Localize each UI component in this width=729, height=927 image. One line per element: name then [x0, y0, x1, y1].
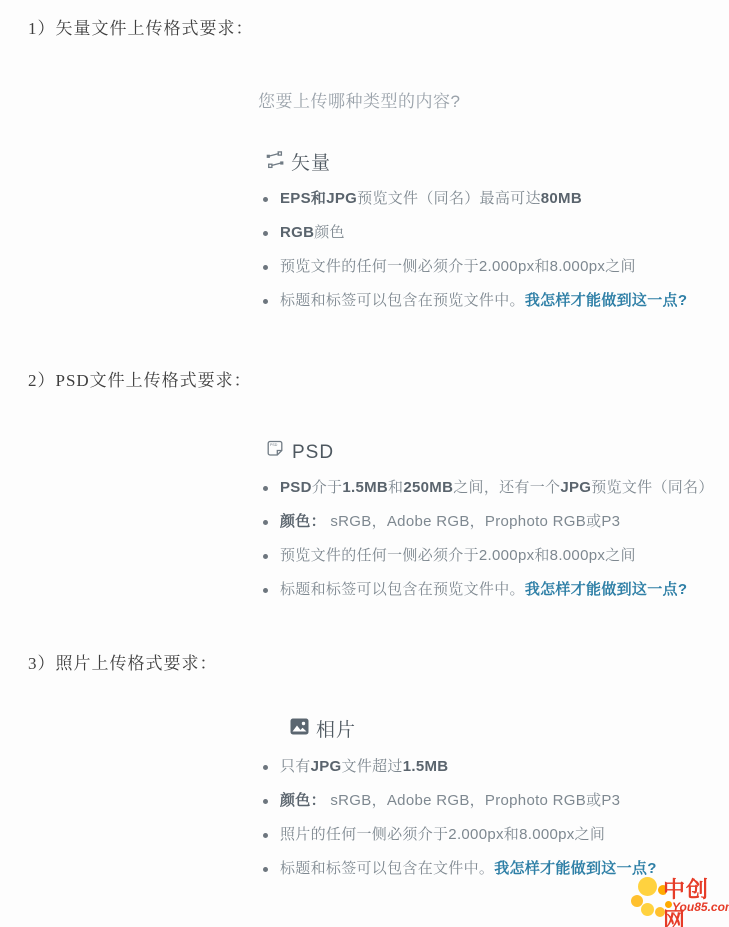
section-3-content: 相片 只有JPG文件超过1.5MB颜色： sRGB，Adobe RGB，Prop… [258, 717, 729, 879]
requirement-item: RGB颜色 [263, 223, 729, 243]
vector-card-title: 矢量 [291, 150, 331, 175]
plain-text: 文件超过 [342, 758, 403, 775]
emphasis-text: 颜色： [280, 513, 326, 530]
bullet-dot [263, 554, 268, 559]
requirement-text: 标题和标签可以包含在文件中。我怎样才能做到这一点? [280, 859, 657, 879]
requirement-item: 预览文件的任何一侧必须介于2.000px和8.000px之间 [263, 546, 729, 566]
page: { "colors": { "link": "#2e7fa6", "text":… [0, 0, 729, 927]
emphasis-text: 1.5MB [403, 758, 449, 775]
requirement-text: 预览文件的任何一侧必须介于2.000px和8.000px之间 [280, 257, 636, 277]
emphasis-text: JPG [560, 479, 591, 496]
plain-text: 预览文件（同名） [591, 479, 713, 496]
site-watermark-logo: 中创网 You85.com [630, 873, 726, 925]
photo-icon [290, 718, 309, 740]
bullet-dot [263, 265, 268, 270]
plain-text: 预览文件的任何一侧必须介于2.000px和8.000px之间 [280, 258, 636, 275]
requirement-text: 标题和标签可以包含在预览文件中。我怎样才能做到这一点? [280, 291, 687, 311]
requirement-text: RGB颜色 [280, 223, 345, 243]
plain-text: 预览文件（同名）最高可达 [357, 190, 541, 207]
plain-text: 照片的任何一侧必须介于2.000px和8.000px之间 [280, 826, 605, 843]
emphasis-text: EPS和JPG [280, 190, 357, 207]
emphasis-text: 80MB [541, 190, 582, 207]
photo-requirements-list: 只有JPG文件超过1.5MB颜色： sRGB，Adobe RGB，Prophot… [258, 757, 729, 879]
requirement-text: PSD介于1.5MB和250MB之间，还有一个JPG预览文件（同名） [280, 478, 714, 498]
plain-text: 标题和标签可以包含在预览文件中。 [280, 292, 525, 309]
how-to-help-link[interactable]: 我怎样才能做到这一点? [525, 292, 687, 309]
emphasis-text: 1.5MB [342, 479, 388, 496]
requirement-item: 预览文件的任何一侧必须介于2.000px和8.000px之间 [263, 257, 729, 277]
upload-type-question: 您要上传哪种类型的内容? [258, 87, 729, 112]
bullet-dot [263, 588, 268, 593]
section-1-heading: 1）矢量文件上传格式要求： [28, 0, 729, 39]
vector-requirements-list: EPS和JPG预览文件（同名）最高可达80MBRGB颜色预览文件的任何一侧必须介… [258, 189, 729, 311]
requirement-text: 预览文件的任何一侧必须介于2.000px和8.000px之间 [280, 546, 636, 566]
plain-text: 之间，还有一个 [453, 479, 560, 496]
requirement-item: EPS和JPG预览文件（同名）最高可达80MB [263, 189, 729, 209]
bullet-dot [263, 867, 268, 872]
requirement-text: 颜色： sRGB，Adobe RGB，Prophoto RGB或P3 [280, 791, 620, 811]
section-photo: 3）照片上传格式要求： 相片 只有JPG文件超过1.5MB颜色： sRGB，Ad… [0, 649, 729, 879]
emphasis-text: PSD [280, 479, 312, 496]
requirement-item: 颜色： sRGB，Adobe RGB，Prophoto RGB或P3 [263, 512, 729, 532]
requirement-item: 只有JPG文件超过1.5MB [263, 757, 729, 777]
requirement-item: PSD介于1.5MB和250MB之间，还有一个JPG预览文件（同名） [263, 478, 729, 498]
requirement-text: 颜色： sRGB，Adobe RGB，Prophoto RGB或P3 [280, 512, 620, 532]
requirement-item: 照片的任何一侧必须介于2.000px和8.000px之间 [263, 825, 729, 845]
requirement-text: 照片的任何一侧必须介于2.000px和8.000px之间 [280, 825, 605, 845]
bullet-dot [263, 799, 268, 804]
plain-text: 颜色 [314, 224, 345, 241]
section-2-content: PSD PSD PSD介于1.5MB和250MB之间，还有一个JPG预览文件（同… [258, 439, 729, 600]
psd-requirements-list: PSD介于1.5MB和250MB之间，还有一个JPG预览文件（同名）颜色： sR… [258, 478, 729, 600]
plain-text: 只有 [280, 758, 311, 775]
section-psd: 2）PSD文件上传格式要求： PSD PSD PSD介于1.5MB和250MB之… [0, 366, 729, 600]
plain-text: 标题和标签可以包含在文件中。 [280, 860, 494, 877]
psd-file-icon: PSD [266, 440, 285, 464]
requirement-text: 只有JPG文件超过1.5MB [280, 757, 448, 777]
bullet-dot [263, 231, 268, 236]
how-to-help-link[interactable]: 我怎样才能做到这一点? [525, 581, 687, 598]
logo-domain: You85.com [672, 900, 729, 914]
plain-text: sRGB，Adobe RGB，Prophoto RGB或P3 [326, 792, 620, 809]
vector-nodes-icon [266, 151, 284, 174]
requirement-item: 标题和标签可以包含在预览文件中。我怎样才能做到这一点? [263, 580, 729, 600]
vector-card-header: 矢量 [266, 150, 729, 175]
requirement-text: EPS和JPG预览文件（同名）最高可达80MB [280, 189, 582, 209]
section-2-heading: 2）PSD文件上传格式要求： [28, 366, 729, 391]
plain-text: 预览文件的任何一侧必须介于2.000px和8.000px之间 [280, 547, 636, 564]
psd-card-title: PSD [292, 439, 334, 464]
photo-card-title: 相片 [316, 717, 356, 742]
emphasis-text: 250MB [403, 479, 453, 496]
section-3-heading: 3）照片上传格式要求： [28, 649, 729, 674]
bullet-dot [263, 765, 268, 770]
bullet-dot [263, 197, 268, 202]
requirement-text: 标题和标签可以包含在预览文件中。我怎样才能做到这一点? [280, 580, 687, 600]
bullet-dot [263, 486, 268, 491]
psd-icon-label: PSD [270, 443, 278, 447]
plain-text: sRGB，Adobe RGB，Prophoto RGB或P3 [326, 513, 620, 530]
section-vector: 1）矢量文件上传格式要求： 您要上传哪种类型的内容? 矢量 EPS和JPG预览文… [0, 0, 729, 311]
bullet-dot [263, 520, 268, 525]
bullet-dot [263, 299, 268, 304]
plain-text: 和 [388, 479, 403, 496]
photo-card-header: 相片 [290, 717, 729, 742]
plain-text: 介于 [312, 479, 343, 496]
psd-card-header: PSD PSD [266, 439, 729, 464]
emphasis-text: 颜色： [280, 792, 326, 809]
emphasis-text: RGB [280, 224, 314, 241]
plain-text: 标题和标签可以包含在预览文件中。 [280, 581, 525, 598]
requirement-item: 标题和标签可以包含在预览文件中。我怎样才能做到这一点? [263, 291, 729, 311]
bullet-dot [263, 833, 268, 838]
section-1-content: 您要上传哪种类型的内容? 矢量 EPS和JPG预览文件（同名）最高可达80MBR… [258, 87, 729, 311]
emphasis-text: JPG [311, 758, 342, 775]
requirement-item: 颜色： sRGB，Adobe RGB，Prophoto RGB或P3 [263, 791, 729, 811]
